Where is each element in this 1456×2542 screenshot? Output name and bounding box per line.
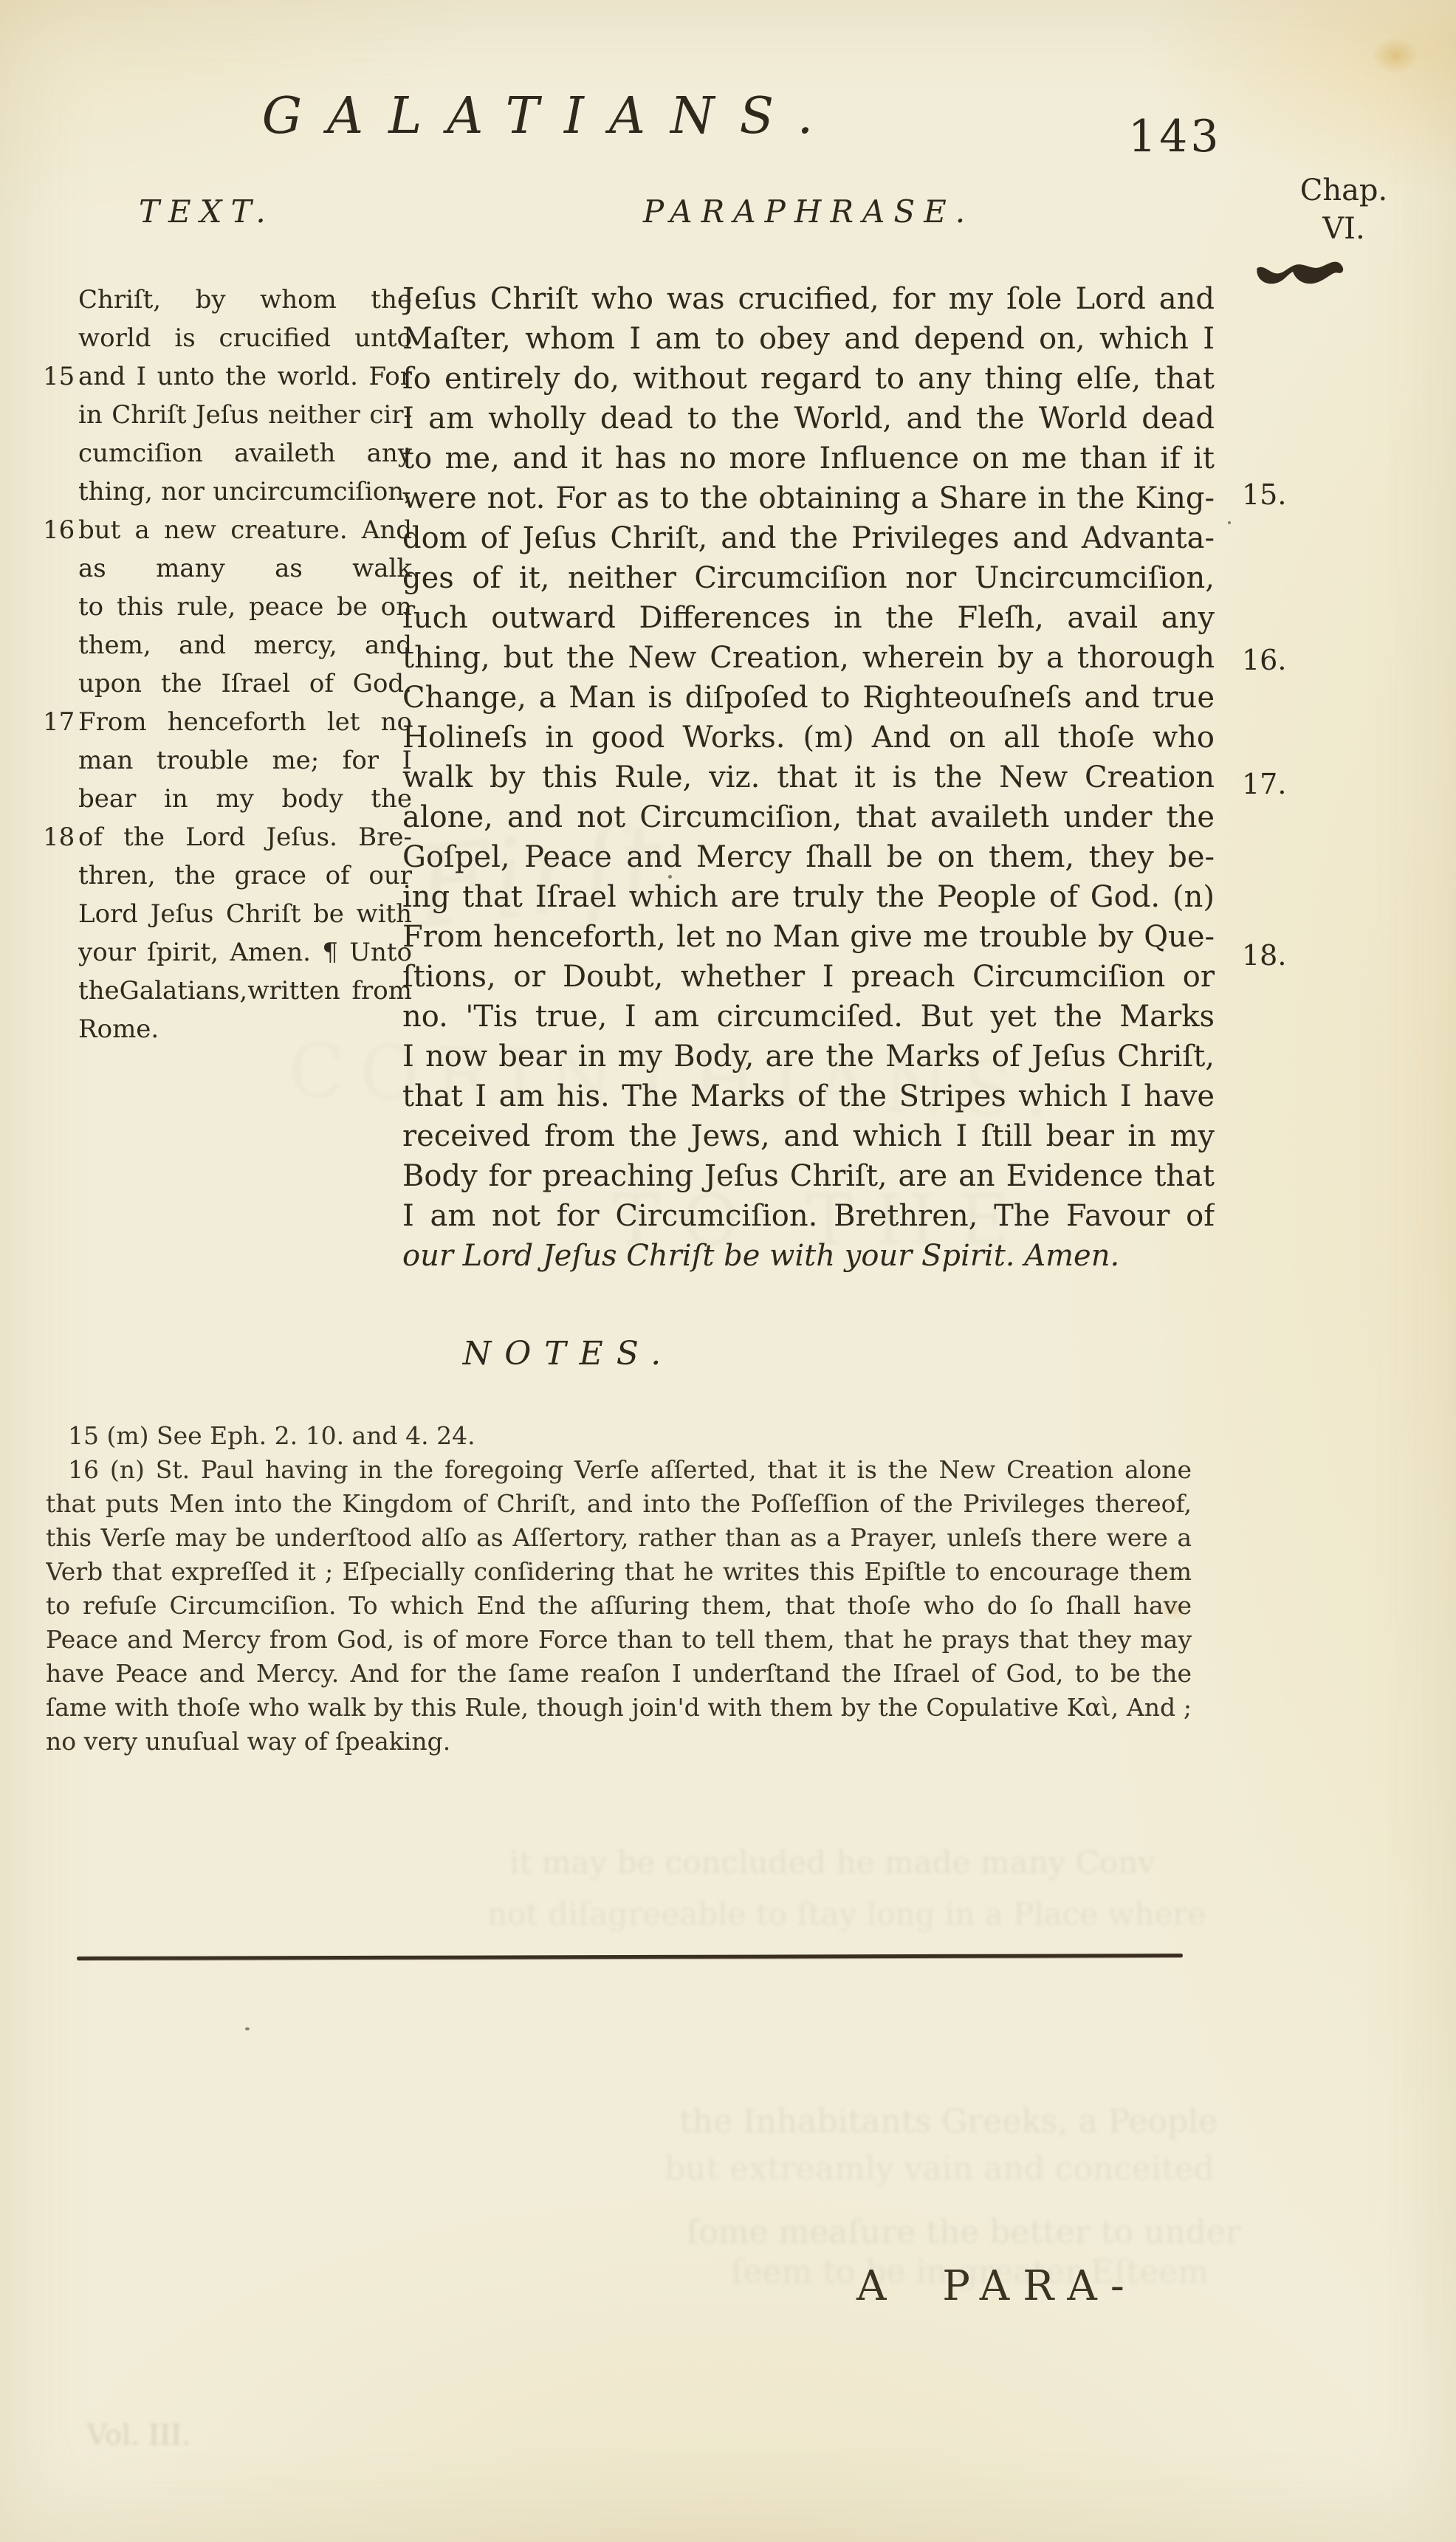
chapter-heading: Chap. VI. (1281, 171, 1407, 248)
paraphrase-line: ges of it, neither Circumciſion nor Unci… (402, 558, 1215, 598)
verse-number (43, 434, 78, 473)
paraphrase-line: alone, and not Circumciſion, that availe… (402, 797, 1215, 837)
text-line-content: to this rule, peace be on (78, 588, 412, 626)
text-line: theGalatians,written from (43, 972, 412, 1010)
paraphrase-line: our Lord Jeſus Chriſt be with your Spiri… (402, 1236, 1215, 1276)
text-line: Rome. (43, 1010, 412, 1048)
verse-number (43, 856, 78, 895)
bleed-through-text: but extreamly vain and conceited (665, 2150, 1215, 2188)
text-line-content: From henceforth let no (78, 703, 412, 741)
running-title: GALATIANS. (0, 87, 1100, 145)
verse-number: 16 (43, 511, 78, 549)
margin-verse-number: 15. (1242, 478, 1286, 511)
text-line: man trouble me; for I (43, 741, 412, 780)
bleed-through-text: it may be concluded he made many Conv (509, 1844, 1155, 1880)
chapter-label: Chap. (1281, 171, 1407, 210)
text-line-content: man trouble me; for I (78, 741, 412, 780)
verse-number (43, 664, 78, 703)
paraphrase-line: Holineſs in good Works. (m) And on all t… (402, 718, 1215, 758)
text-line: thing, nor uncircumciſion, (43, 473, 412, 511)
text-line-content: Rome. (78, 1010, 412, 1048)
horizontal-rule (77, 1954, 1183, 1960)
text-line-content: them, and mercy, and (78, 626, 412, 664)
text-line: in Chriſt Jeſus neither cir- (43, 396, 412, 434)
verse-number (43, 319, 78, 357)
text-line-content: upon the Iſrael of God. (78, 664, 412, 703)
ink-speck (245, 2027, 250, 2030)
verse-number (43, 549, 78, 588)
text-line: them, and mercy, and (43, 626, 412, 664)
paraphrase-line: received from the Jews, and which I ſtil… (402, 1116, 1215, 1156)
text-line: upon the Iſrael of God. (43, 664, 412, 703)
verse-number (43, 741, 78, 780)
note-line: this Verſe may be underſtood alſo as Aſſ… (46, 1521, 1192, 1555)
paraphrase-line: Maſter, whom I am to obey and depend on,… (402, 319, 1215, 359)
note-line: to refuſe Circumciſion. To which End the… (46, 1589, 1192, 1623)
verse-number (43, 780, 78, 818)
notes-block: 15 (m) See Eph. 2. 10. and 4. 24.16 (n) … (46, 1419, 1192, 1759)
bleed-through-text: not diſagreeable to ſtay long in a Place… (487, 1896, 1206, 1932)
text-line: Lord Jeſus Chriſt be with (43, 895, 412, 933)
paraphrase-line: were not. For as to the obtaining a Shar… (402, 478, 1215, 518)
text-line: 16 but a new creature. And (43, 511, 412, 549)
paraphrase-line: dom of Jeſus Chriſt, and the Privileges … (402, 518, 1215, 558)
bleed-through-text: ſome meaſure the better to under (687, 2213, 1241, 2251)
text-line: 17 From henceforth let no (43, 703, 412, 741)
text-line-content: bear in my body the marks (78, 780, 412, 818)
margin-verse-number: 17. (1242, 768, 1286, 800)
note-line: Verb that expreſſed it ; Eſpecially conſ… (46, 1555, 1192, 1589)
verse-number: 15 (43, 357, 78, 396)
paraphrase-line: I now bear in my Body, are the Marks of … (402, 1037, 1215, 1076)
book-page: FirſtTO THECORINTHIANS.it may be conclud… (0, 0, 1456, 2542)
note-line: ſame with thoſe who walk by this Rule, t… (46, 1691, 1192, 1725)
verse-number (43, 396, 78, 434)
paraphrase-line: ing that Iſrael which are truly the Peop… (402, 877, 1215, 917)
squiggle-ornament (1255, 255, 1351, 300)
note-line: that puts Men into the Kingdom of Chriſt… (46, 1487, 1192, 1521)
page-number: 143 (1128, 111, 1246, 162)
text-line-content: Lord Jeſus Chriſt be with (78, 895, 412, 933)
verse-number (43, 1010, 78, 1048)
text-line: cumciſion availeth any (43, 434, 412, 473)
text-line-content: thing, nor uncircumciſion, (78, 473, 412, 511)
note-line: Peace and Mercy from God, is of more For… (46, 1623, 1192, 1657)
bleed-through-text: Vol. III. (87, 2419, 190, 2451)
margin-verse-number: 16. (1242, 644, 1286, 676)
paraphrase-line: I am not for Circumciſion. Brethren, The… (402, 1196, 1215, 1236)
verse-number (43, 588, 78, 626)
paraphrase-line: ſtions, or Doubt, whether I preach Circu… (402, 957, 1215, 997)
text-line-content: and I unto the world. For (78, 357, 412, 396)
paraphrase-line: Change, a Man is diſpoſed to Righteouſne… (402, 678, 1215, 718)
text-line-content: your ſpirit, Amen. ¶ Unto (78, 933, 412, 972)
verse-number (43, 626, 78, 664)
verse-number (43, 895, 78, 933)
paraphrase-line: Jeſus Chriſt who was crucified, for my ſ… (402, 279, 1215, 319)
paraphrase-line: that I am his. The Marks of the Stripes … (402, 1076, 1215, 1116)
paraphrase-column: Jeſus Chriſt who was crucified, for my ſ… (402, 279, 1215, 1276)
paraphrase-column-heading: PARAPHRASE. (402, 193, 1215, 230)
paraphrase-line: ſo entirely do, without regard to any th… (402, 359, 1215, 399)
text-line-content: as many as walk according (78, 549, 412, 588)
paper-stain (1362, 30, 1429, 81)
paraphrase-line: From henceforth, let no Man give me trou… (402, 917, 1215, 957)
note-line: 16 (n) St. Paul having in the foregoing … (46, 1453, 1192, 1487)
text-line: 15 and I unto the world. For (43, 357, 412, 396)
text-line: 18 of the Lord Jeſus. Bre- (43, 818, 412, 856)
bleed-through-text: the Inhabitants Greeks, a People (679, 2103, 1218, 2140)
verse-number (43, 933, 78, 972)
catchword: A PARA- (856, 2262, 1138, 2310)
paraphrase-line: no. 'Tis true, I am circumciſed. But yet… (402, 997, 1215, 1037)
paraphrase-line: walk by this Rule, viz. that it is the N… (402, 758, 1215, 797)
text-line-content: in Chriſt Jeſus neither cir- (78, 396, 412, 434)
text-line: bear in my body the marks (43, 780, 412, 818)
verse-number (43, 972, 78, 1010)
text-line: world is crucified unto me, (43, 319, 412, 357)
text-line: thren, the grace of our (43, 856, 412, 895)
paraphrase-line: I am wholly dead to the World, and the W… (402, 399, 1215, 439)
paraphrase-line: Goſpel, Peace and Mercy ſhall be on them… (402, 837, 1215, 877)
text-line: Chriſt, by whom the (43, 281, 412, 319)
ink-speck (1228, 521, 1231, 524)
text-line: your ſpirit, Amen. ¶ Unto (43, 933, 412, 972)
paraphrase-line: thing, but the New Creation, wherein by … (402, 638, 1215, 678)
note-line: have Peace and Mercy. And for the ſame r… (46, 1657, 1192, 1691)
verse-number: 18 (43, 818, 78, 856)
chapter-numeral: VI. (1281, 210, 1407, 248)
text-column: Chriſt, by whom the world is crucified u… (43, 281, 412, 1048)
note-line: 15 (m) See Eph. 2. 10. and 4. 24. (46, 1419, 1192, 1453)
notes-heading: NOTES. (310, 1335, 827, 1373)
verse-number: 17 (43, 703, 78, 741)
text-line-content: thren, the grace of our (78, 856, 412, 895)
text-line-content: cumciſion availeth any (78, 434, 412, 473)
text-line-content: of the Lord Jeſus. Bre- (78, 818, 412, 856)
verse-number (43, 281, 78, 319)
text-line-content: Chriſt, by whom the (78, 281, 412, 319)
paraphrase-line: Body for preaching Jeſus Chriſt, are an … (402, 1156, 1215, 1196)
text-line: to this rule, peace be on (43, 588, 412, 626)
paraphrase-line: ſuch outward Differences in the Fleſh, a… (402, 598, 1215, 638)
margin-verse-number: 18. (1242, 939, 1286, 972)
text-line-content: theGalatians,written from (78, 972, 412, 1010)
note-line: no very unuſual way of ſpeaking. (46, 1725, 1192, 1759)
text-line: as many as walk according (43, 549, 412, 588)
paraphrase-line: to me, and it has no more Influence on m… (402, 439, 1215, 478)
text-column-heading: TEXT. (139, 193, 275, 230)
text-line-content: but a new creature. And (78, 511, 412, 549)
text-line-content: world is crucified unto me, (78, 319, 412, 357)
verse-number (43, 473, 78, 511)
